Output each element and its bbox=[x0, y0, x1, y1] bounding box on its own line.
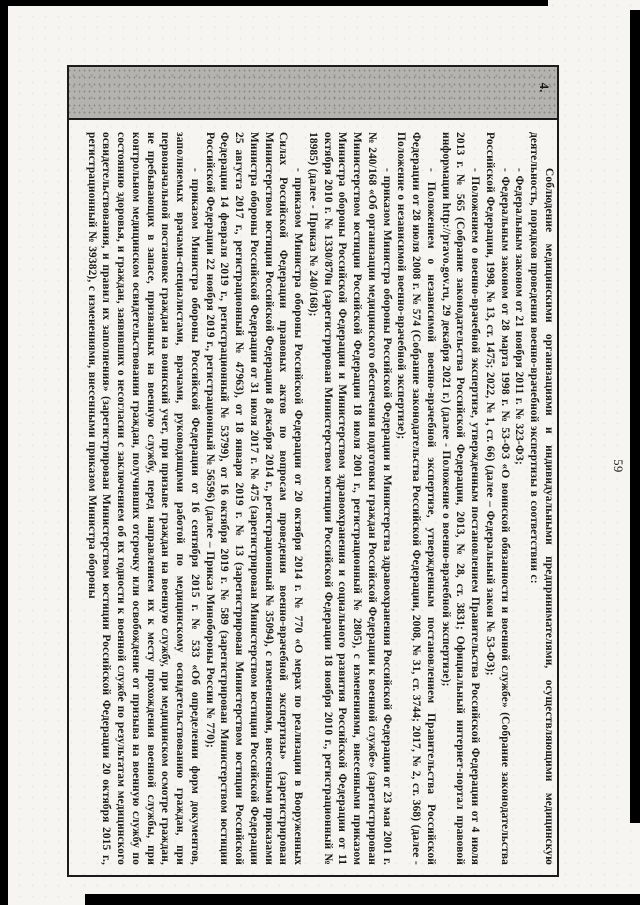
paragraph-law-323fz: - Федеральным законом от 21 ноября 2011 … bbox=[512, 132, 527, 865]
scan-border-left bbox=[0, 0, 8, 905]
scanned-document-page: 59 4. Соблюдение медицинскими организаци… bbox=[0, 0, 640, 905]
scan-border-top bbox=[0, 0, 548, 6]
checklist-table: 4. Соблюдение медицинскими организациями… bbox=[67, 65, 559, 877]
paragraph-regulation-574: - Положением о независимой военно-врачеб… bbox=[394, 132, 438, 865]
page-number: 59 bbox=[610, 450, 625, 482]
rotated-page-content: 59 4. Соблюдение медицинскими организаци… bbox=[8, 6, 632, 894]
paragraph-intro: Соблюдение медицинскими организациями и … bbox=[527, 132, 557, 865]
paragraph-order-770: - приказом Министра обороны Российской Ф… bbox=[202, 132, 305, 865]
row-number-cell: 4. bbox=[69, 67, 557, 120]
row-number: 4. bbox=[536, 83, 552, 93]
paragraph-order-240-168: - приказом Министра обороны Российской Ф… bbox=[305, 132, 394, 865]
paragraph-regulation-565: - Положением о военно-врачебной эксперти… bbox=[438, 132, 482, 865]
paragraph-order-533: - приказом Министра обороны Российской Ф… bbox=[84, 132, 202, 865]
paragraph-law-53fz: - Федеральным законом от 28 марта 1998 г… bbox=[482, 132, 512, 865]
requirement-text-cell: Соблюдение медицинскими организациями и … bbox=[69, 120, 557, 875]
scan-border-bottom bbox=[85, 894, 640, 905]
scan-border-right bbox=[630, 10, 640, 823]
